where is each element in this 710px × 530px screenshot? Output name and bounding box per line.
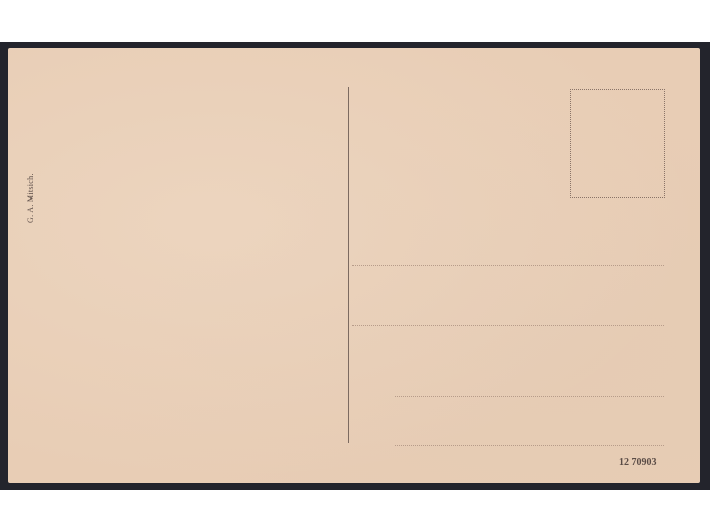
publisher-imprint: G. A. Mitsich. bbox=[26, 123, 40, 223]
center-divider-line bbox=[348, 87, 349, 443]
serial-number: 12 70903 bbox=[619, 457, 657, 468]
address-line-1 bbox=[352, 265, 664, 266]
address-line-3 bbox=[395, 396, 664, 397]
address-line-4 bbox=[395, 445, 664, 446]
address-line-2 bbox=[352, 325, 664, 326]
stamp-box bbox=[570, 89, 665, 198]
postcard-back: G. A. Mitsich. 12 70903 bbox=[8, 48, 700, 483]
